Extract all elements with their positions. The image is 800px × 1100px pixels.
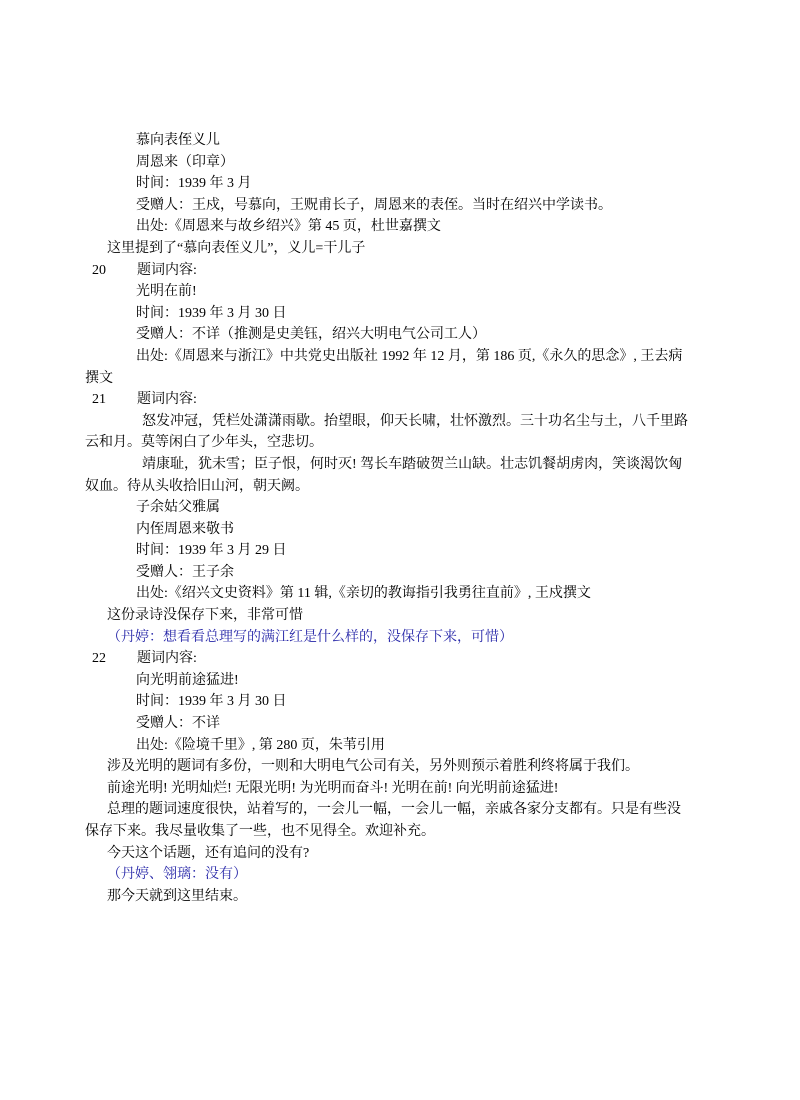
doc-paragraph: 子余姑父雅属	[85, 497, 691, 519]
paragraph-text: 光明在前!	[136, 284, 197, 299]
doc-paragraph: 受赠人：不详（推测是史美钰，绍兴大明电气公司工人）	[85, 324, 691, 346]
paragraph-text: 那今天就到这里结束。	[107, 889, 247, 904]
paragraph-text: 这份录诗没保存下来，非常可惜	[107, 608, 303, 623]
paragraph-text: 时间：1939 年 3 月 30 日	[136, 694, 287, 709]
paragraph-text: 慕向表侄义儿	[136, 133, 220, 148]
annotation-paragraph: （丹婷、翎璃：没有）	[85, 864, 691, 886]
doc-paragraph: 时间：1939 年 3 月 29 日	[85, 540, 691, 562]
doc-paragraph: 出处:《绍兴文史资料》第 11 辑,《亲切的教诲指引我勇往直前》, 王戍撰文	[85, 583, 691, 605]
paragraph-text: 这里提到了“慕向表侄义儿”，义儿=干儿子	[107, 241, 365, 256]
doc-paragraph: 内侄周恩来敬书	[85, 519, 691, 541]
paragraph-text: 涉及光明的题词有多份，一则和大明电气公司有关，另外则预示着胜利终将属于我们。	[107, 759, 639, 774]
paragraph-text: 靖康耻，犹未雪；臣子恨，何时灭! 驾长车踏破贺兰山缺。壮志饥餐胡虏肉，笑谈渴饮匈…	[85, 457, 682, 494]
doc-paragraph: 受赠人：王戍，号慕向，王贶甫长子，周恩来的表侄。当时在绍兴中学读书。	[85, 195, 691, 217]
doc-paragraph: 这里提到了“慕向表侄义儿”，义儿=干儿子	[85, 238, 691, 260]
paragraph-text: 周恩来（印章）	[136, 155, 234, 170]
paragraph-text: 怒发冲冠，凭栏处潇潇雨歇。抬望眼，仰天长啸，壮怀激烈。三十功名尘与土，八千里路云…	[85, 414, 688, 451]
annotation-paragraph: （丹婷：想看看总理写的满江红是什么样的，没保存下来，可惜）	[85, 627, 691, 649]
doc-paragraph: 涉及光明的题词有多份，一则和大明电气公司有关，另外则预示着胜利终将属于我们。	[85, 756, 691, 778]
item-number: 20	[92, 260, 137, 282]
doc-paragraph: 周恩来（印章）	[85, 152, 691, 174]
paragraph-text: 题词内容:	[137, 392, 197, 407]
doc-paragraph: 时间：1939 年 3 月 30 日	[85, 303, 691, 325]
paragraph-text: 今天这个话题，还有追问的没有?	[107, 846, 309, 861]
paragraph-text: 出处:《周恩来与故乡绍兴》第 45 页，杜世嘉撰文	[136, 219, 441, 234]
paragraph-text: 题词内容:	[137, 651, 197, 666]
paragraph-text: 受赠人：王戍，号慕向，王贶甫长子，周恩来的表侄。当时在绍兴中学读书。	[136, 198, 612, 213]
doc-paragraph: 出处:《周恩来与浙江》中共党史出版社 1992 年 12 月，第 186 页,《…	[85, 346, 691, 389]
doc-paragraph: 22题词内容:	[85, 648, 691, 670]
paragraph-text: 受赠人：不详	[136, 716, 220, 731]
paragraph-text: 出处:《周恩来与浙江》中共党史出版社 1992 年 12 月，第 186 页,《…	[85, 349, 682, 386]
doc-paragraph: 21题词内容:	[85, 389, 691, 411]
doc-paragraph: 这份录诗没保存下来，非常可惜	[85, 605, 691, 627]
paragraph-text: 题词内容:	[137, 263, 197, 278]
doc-paragraph: 出处:《险境千里》, 第 280 页，朱苇引用	[85, 735, 691, 757]
paragraph-text: 出处:《险境千里》, 第 280 页，朱苇引用	[136, 738, 385, 753]
paragraph-text: 受赠人：不详（推测是史美钰，绍兴大明电气公司工人）	[136, 327, 486, 342]
item-number: 22	[92, 648, 137, 670]
doc-paragraph: 前途光明! 光明灿烂! 无限光明! 为光明而奋斗! 光明在前! 向光明前途猛进!	[85, 778, 691, 800]
doc-paragraph: 那今天就到这里结束。	[85, 886, 691, 908]
paragraph-text: 出处:《绍兴文史资料》第 11 辑,《亲切的教诲指引我勇往直前》, 王戍撰文	[136, 586, 591, 601]
paragraph-text: 总理的题词速度很快，站着写的，一会儿一幅，一会儿一幅，亲戚各家分支都有。只是有些…	[85, 802, 681, 839]
paragraph-text: 向光明前途猛进!	[136, 673, 239, 688]
paragraph-text: （丹婷：想看看总理写的满江红是什么样的，没保存下来，可惜）	[107, 630, 513, 645]
paragraph-text: 前途光明! 光明灿烂! 无限光明! 为光明而奋斗! 光明在前! 向光明前途猛进!	[107, 781, 558, 796]
paragraph-text: 时间：1939 年 3 月 29 日	[136, 543, 287, 558]
document-page: 慕向表侄义儿周恩来（印章）时间：1939 年 3 月受赠人：王戍，号慕向，王贶甫…	[85, 130, 691, 907]
doc-paragraph: 总理的题词速度很快，站着写的，一会儿一幅，一会儿一幅，亲戚各家分支都有。只是有些…	[85, 799, 691, 842]
doc-paragraph: 慕向表侄义儿	[85, 130, 691, 152]
doc-paragraph: 怒发冲冠，凭栏处潇潇雨歇。抬望眼，仰天长啸，壮怀激烈。三十功名尘与土，八千里路云…	[85, 411, 691, 454]
doc-paragraph: 20题词内容:	[85, 260, 691, 282]
doc-paragraph: 时间：1939 年 3 月	[85, 173, 691, 195]
item-number: 21	[92, 389, 137, 411]
paragraph-text: （丹婷、翎璃：没有）	[107, 867, 247, 882]
paragraph-text: 内侄周恩来敬书	[136, 522, 234, 537]
doc-paragraph: 向光明前途猛进!	[85, 670, 691, 692]
paragraph-text: 子余姑父雅属	[136, 500, 220, 515]
doc-paragraph: 受赠人：不详	[85, 713, 691, 735]
doc-paragraph: 光明在前!	[85, 281, 691, 303]
doc-paragraph: 今天这个话题，还有追问的没有?	[85, 843, 691, 865]
paragraph-text: 时间：1939 年 3 月 30 日	[136, 306, 287, 321]
doc-paragraph: 受赠人：王子余	[85, 562, 691, 584]
doc-paragraph: 靖康耻，犹未雪；臣子恨，何时灭! 驾长车踏破贺兰山缺。壮志饥餐胡虏肉，笑谈渴饮匈…	[85, 454, 691, 497]
doc-paragraph: 出处:《周恩来与故乡绍兴》第 45 页，杜世嘉撰文	[85, 216, 691, 238]
paragraph-text: 时间：1939 年 3 月	[136, 176, 252, 191]
doc-paragraph: 时间：1939 年 3 月 30 日	[85, 691, 691, 713]
paragraph-text: 受赠人：王子余	[136, 565, 234, 580]
